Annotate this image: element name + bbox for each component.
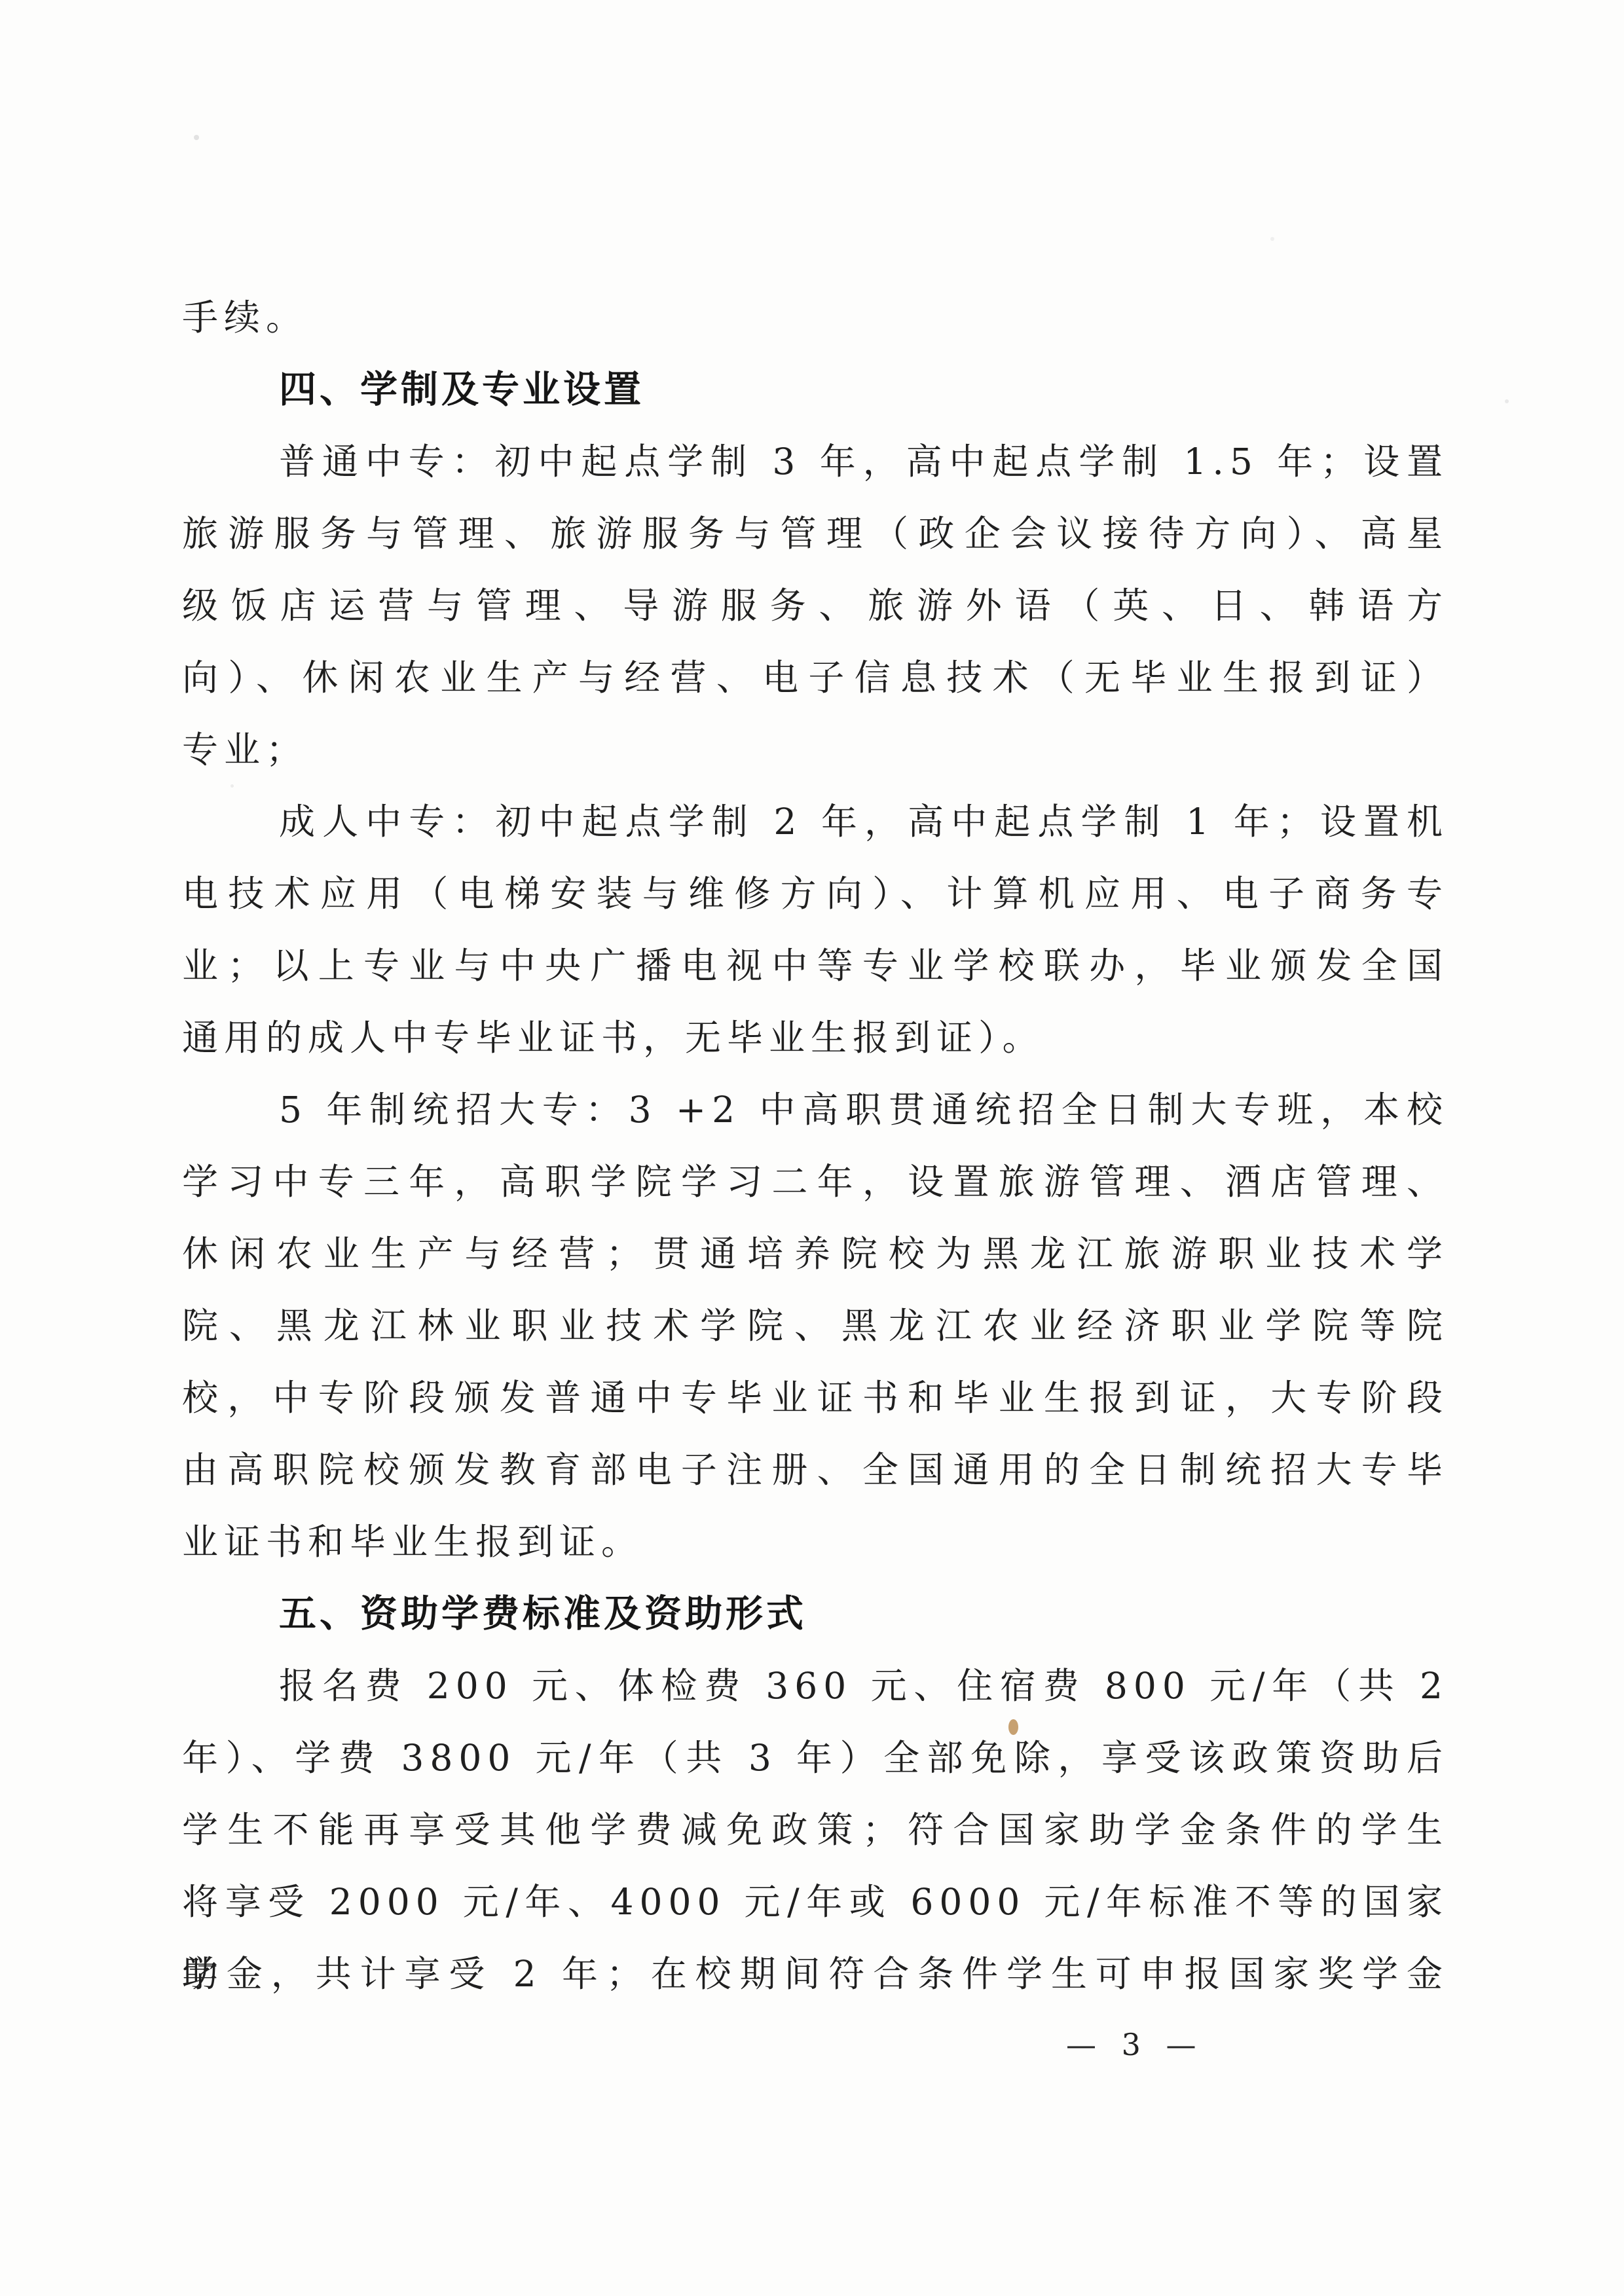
scanned-document-page: 手续。四、学制及专业设置普通中专：初中起点学制 3 年，高中起点学制 1.5 年… [0,0,1624,2296]
text-line: 由高职院校颁发教育部电子注册、全国通用的全日制统招大专毕 [182,1434,1449,1506]
text-line: 学习中专三年，高职学院学习二年，设置旅游管理、酒店管理、 [182,1146,1449,1218]
text-line: 普通中专：初中起点学制 3 年，高中起点学制 1.5 年；设置 [182,426,1449,498]
text-line: 报名费 200 元、体检费 360 元、住宿费 800 元/年（共 2 [182,1650,1449,1722]
text-line: 休闲农业生产与经营；贯通培养院校为黑龙江旅游职业技术学 [182,1218,1449,1290]
page-number: — 3 — [1066,2027,1204,2062]
section-heading: 五、资助学费标准及资助形式 [182,1578,1449,1650]
text-line: 校，中专阶段颁发普通中专毕业证书和毕业生报到证，大专阶段 [182,1362,1449,1434]
text-line: 学金，共计享受 2 年；在校期间符合条件学生可申报国家奖学金 [182,1938,1449,2010]
text-line: 院、黑龙江林业职业技术学院、黑龙江农业经济职业学院等院 [182,1290,1449,1362]
text-line: 业证书和毕业生报到证。 [182,1506,1449,1578]
text-line: 专业； [182,714,1449,786]
scan-speck [194,135,199,140]
text-line: 学生不能再享受其他学费减免政策；符合国家助学金条件的学生 [182,1794,1449,1866]
scan-speck [1505,399,1509,403]
text-line: 5 年制统招大专：3 +2 中高职贯通统招全日制大专班，本校 [182,1074,1449,1146]
document-body: 手续。四、学制及专业设置普通中专：初中起点学制 3 年，高中起点学制 1.5 年… [182,282,1449,2010]
text-line: 向）、休闲农业生产与经营、电子信息技术（无毕业生报到证） [182,642,1449,714]
text-line: 成人中专：初中起点学制 2 年，高中起点学制 1 年；设置机 [182,786,1449,858]
text-line: 通用的成人中专毕业证书，无毕业生报到证）。 [182,1002,1449,1074]
text-line: 年）、学费 3800 元/年（共 3 年）全部免除，享受该政策资助后 [182,1722,1449,1794]
text-line: 旅游服务与管理、旅游服务与管理（政企会议接待方向）、高星 [182,498,1449,570]
text-line: 电技术应用（电梯安装与维修方向）、计算机应用、电子商务专 [182,858,1449,930]
text-line: 手续。 [182,282,1449,354]
text-line: 级饭店运营与管理、导游服务、旅游外语（英、日、韩语方 [182,570,1449,642]
scan-speck [1270,237,1274,241]
text-line: 将享受 2000 元/年、4000 元/年或 6000 元/年标准不等的国家助 [182,1866,1449,1938]
section-heading: 四、学制及专业设置 [182,354,1449,426]
text-line: 业；以上专业与中央广播电视中等专业学校联办，毕业颁发全国 [182,930,1449,1002]
